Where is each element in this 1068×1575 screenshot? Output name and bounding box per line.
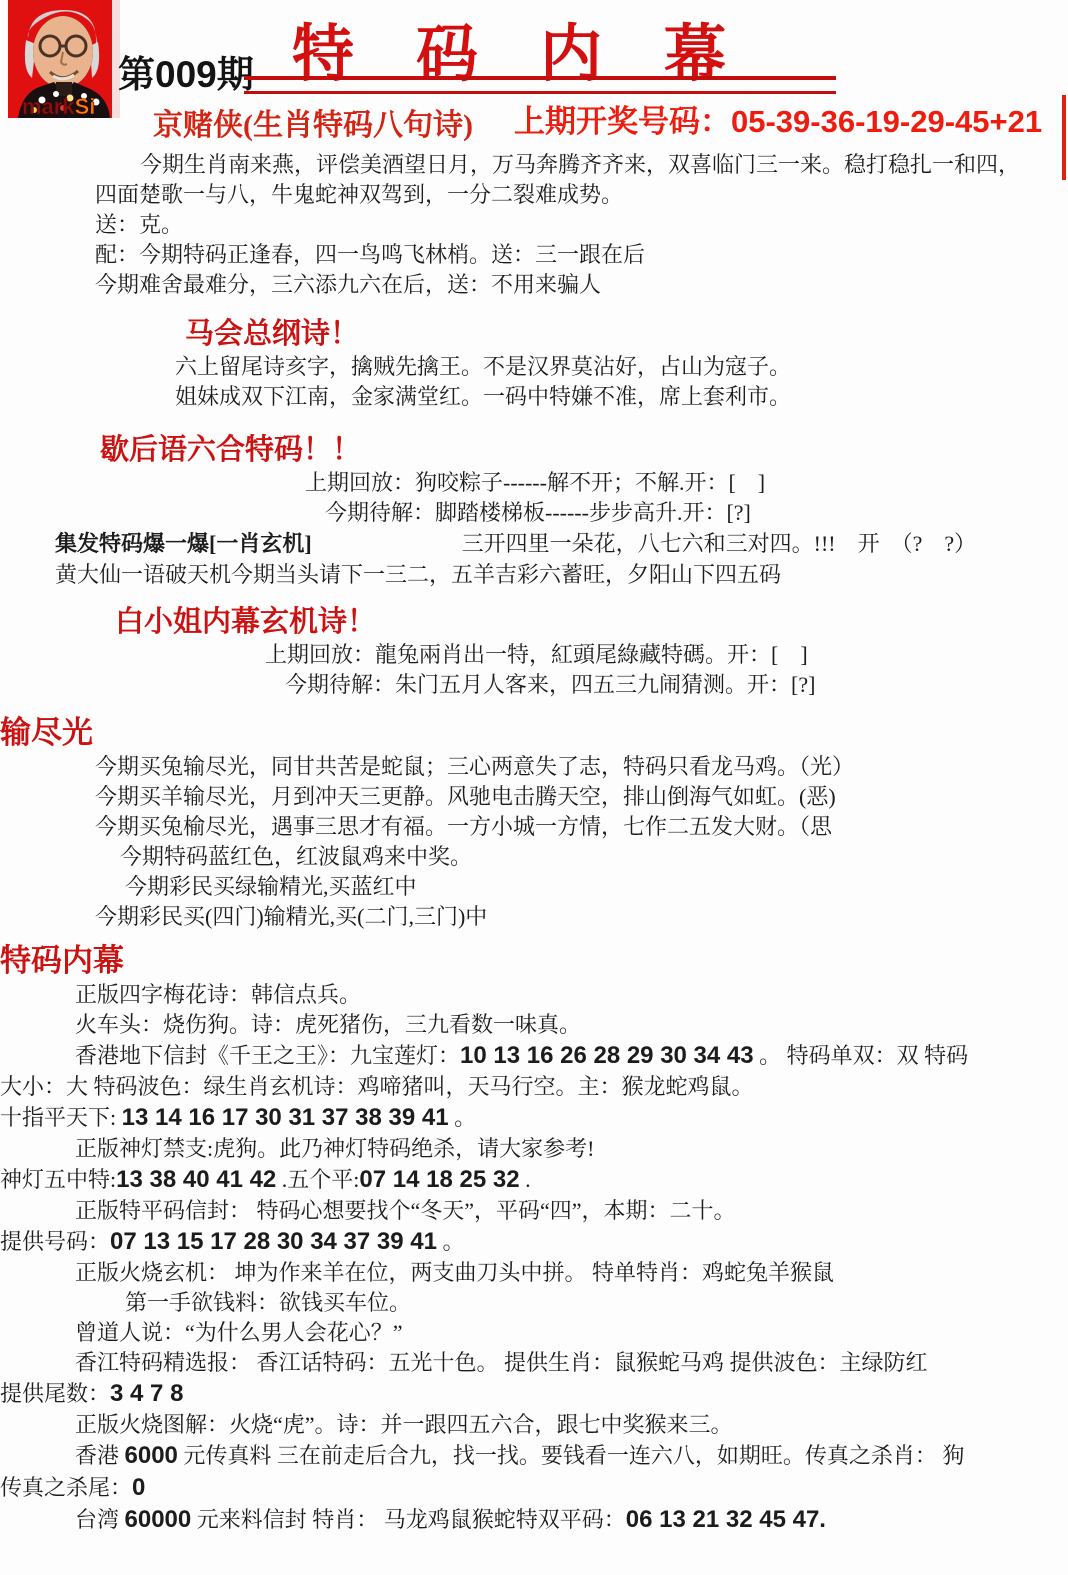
neimu-line-1: 正版四字梅花诗：韩信点兵。	[75, 980, 1068, 1010]
tails-numbers: 3 4 7 8	[110, 1380, 183, 1407]
neimu-line-3: 香港地下信封《千王之王》：九宝莲灯：10 13 16 26 28 29 30 3…	[75, 1040, 1068, 1072]
issue-number: 第009期	[118, 44, 254, 98]
neimu-line-9: 提供号码：07 13 15 17 28 30 34 37 39 41 。	[0, 1226, 1068, 1258]
provided-label: 提供号码：	[0, 1229, 110, 1254]
neimu-line-12: 曾道人说：“为什么男人会花心？”	[75, 1318, 1068, 1348]
jifa-text: 三开四里一朵花，八七六和三对四。!!! 开 （? ?）	[462, 531, 977, 556]
neimu-line-18: 台湾 60000 元来料信封 特肖： 马龙鸡鼠猴蛇特双平码：06 13 21 3…	[75, 1504, 1068, 1536]
hk-label: 香港	[75, 1443, 125, 1468]
poem-line-4: 配：今期特码正逢春，四一鸟鸣飞林梢。送：三一跟在后	[95, 240, 1068, 270]
tw-text: 元来料信封 特肖： 马龙鸡鼠猴蛇特双平码：	[191, 1507, 626, 1532]
tw-numbers: 06 13 21 32 45 47.	[626, 1506, 826, 1533]
lantern-numbers: 10 13 16 26 28 29 30 34 43	[460, 1042, 754, 1069]
baixiaojie-line-1: 上期回放：龍兔兩肖出一特，紅頭尾綠藏特碼。开：[ ]	[265, 640, 1068, 670]
neimu-line-3-tail: 。 特码单双：双 特码	[754, 1043, 969, 1068]
mahui-line-1: 六上留尾诗亥字，擒贼先擒王。不是汉界莫沾好，占山为寇子。	[175, 352, 1068, 382]
lamp-mid: .五个平:	[276, 1167, 359, 1192]
heading-shujinguang: 输尽光	[0, 714, 1068, 752]
neimu-line-8: 正版特平码信封： 特码心想要找个“冬天”，平码“四”，本期：二十。	[75, 1196, 1068, 1226]
marksix-portrait: markSi	[8, 0, 120, 118]
tw-label: 台湾	[75, 1507, 125, 1532]
neimu-line-11: 第一手欲钱料：欲钱买车位。	[125, 1288, 1068, 1318]
poem-line-5: 今期难舍最难分，三六添九六在后，送：不用来骗人	[95, 270, 1068, 300]
shujinguang-line-2: 今期买羊输尽光，月到冲天三更静。风驰电击腾天空，排山倒海气如虹。(恶)	[95, 782, 1068, 812]
neimu-line-10: 正版火烧玄机： 坤为作来羊在位，两支曲刀头中拼。 特单特肖：鸡蛇兔羊猴鼠	[75, 1258, 1068, 1288]
neimu-line-13: 香江特码精选报： 香江话特码：五光十色。 提供生肖：鼠猴蛇马鸡 提供波色：主绿防…	[75, 1348, 1068, 1378]
tenfinger-label: 十指平天下:	[0, 1105, 122, 1130]
shujinguang-line-1: 今期买兔输尽光，同甘共苦是蛇鼠；三心两意失了志，特码只看龙马鸡。（光）	[95, 752, 1068, 782]
xiehouyu-line-4: 黄大仙一语破天机今期当头请下一三二，五羊吉彩六蓄旺，夕阳山下四五码	[55, 560, 1068, 590]
poem-line-3: 送：克。	[95, 210, 1068, 240]
title-underline	[244, 76, 836, 94]
killtail-label: 传真之杀尾：	[0, 1475, 132, 1500]
tw-price: 60000	[125, 1506, 192, 1533]
poem-line-2: 四面楚歌一与八，牛鬼蛇神双驾到，一分二裂难成势。	[95, 180, 1068, 210]
neimu-line-7: 神灯五中特:13 38 40 41 42 .五个平:07 14 18 25 32…	[0, 1164, 1068, 1196]
heading-baixiaojie: 白小姐内幕玄机诗！	[115, 604, 1068, 640]
mahui-line-2: 姐妹成双下江南，金家满堂红。一码中特嫌不准，席上套利市。	[175, 382, 1068, 412]
hk-text: 元传真料 三在前走后合九，找一找。要钱看一连六八，如期旺。传真之杀肖： 狗	[178, 1443, 965, 1468]
portrait-image: markSi	[8, 0, 120, 118]
neimu-line-3-text: 香港地下信封《千王之王》：九宝莲灯：	[75, 1043, 460, 1068]
tenfinger-tail: 。	[449, 1105, 477, 1130]
neimu-line-4: 大小：大 特码波色：绿生肖玄机诗：鸡啼猪叫，天马行空。主：猴龙蛇鸡鼠。	[0, 1072, 1068, 1102]
shujinguang-line-4: 今期特码蓝红色，红波鼠鸡来中奖。	[120, 842, 1068, 872]
neimu-line-17: 传真之杀尾：0	[0, 1472, 1068, 1504]
lamp-tail: .	[520, 1167, 531, 1192]
neimu-line-14: 提供尾数：3 4 7 8	[0, 1378, 1068, 1410]
tails-label: 提供尾数：	[0, 1381, 110, 1406]
killtail-number: 0	[132, 1474, 145, 1501]
tenfinger-numbers: 13 14 16 17 30 31 37 38 39 41	[122, 1104, 449, 1131]
lamp-flat-numbers: 07 14 18 25 32	[359, 1166, 519, 1193]
baixiaojie-line-2: 今期待解：朱门五月人客来，四五三九闹猜测。开：[?]	[285, 670, 1068, 700]
neimu-line-15: 正版火烧图解：火烧“虎”。诗：并一跟四五六合，跟七中奖猴来三。	[75, 1410, 1068, 1440]
heading-mahui: 马会总纲诗！	[185, 316, 1068, 352]
heading-neimu: 特码内幕	[0, 942, 1068, 980]
provided-numbers: 07 13 15 17 28 30 34 37 39 41	[110, 1228, 437, 1255]
shujinguang-line-6: 今期彩民买(四门)输精光,买(二门,三门)中	[95, 902, 1068, 932]
xiehouyu-line-3: 集发特码爆一爆[一肖玄机]三开四里一朵花，八七六和三对四。!!! 开 （? ?）	[55, 528, 1068, 560]
neimu-line-6: 正版神灯禁支:虎狗。此乃神灯特码绝杀，请大家参考!	[75, 1134, 1068, 1164]
neimu-line-16: 香港 6000 元传真料 三在前走后合九，找一找。要钱看一连六八，如期旺。传真之…	[75, 1440, 1068, 1472]
subtitle-left: 京赌侠(生肖特码八句诗)	[153, 100, 473, 144]
body-content: 今期生肖南来燕，评偿美酒望日月，万马奔腾齐齐来，双喜临门三一来。稳打稳扎一和四，…	[0, 150, 1068, 1536]
header: markSi 第009期 特码内幕 京赌侠(生肖特码八句诗) 上期开奖号码：05…	[0, 0, 1068, 150]
shujinguang-line-3: 今期买兔榆尽光，遇事三思才有福。一方小城一方情，七作二五发大财。（思	[95, 812, 1068, 842]
provided-tail: 。	[437, 1229, 465, 1254]
neimu-line-2: 火车头：烧伤狗。诗：虎死猪伤，三九看数一味真。	[75, 1010, 1068, 1040]
neimu-line-5: 十指平天下: 13 14 16 17 30 31 37 38 39 41 。	[0, 1102, 1068, 1134]
tip-sheet-page: markSi 第009期 特码内幕 京赌侠(生肖特码八句诗) 上期开奖号码：05…	[0, 0, 1068, 1575]
xiehouyu-line-1: 上期回放：狗咬粽子------解不开；不解.开：[ ]	[305, 468, 1068, 498]
last-draw-numbers: 上期开奖号码：05-39-36-19-29-45+21	[514, 96, 1042, 141]
jifa-label: 集发特码爆一爆[一肖玄机]	[55, 531, 312, 556]
hk-price: 6000	[125, 1442, 178, 1469]
lamp-label: 神灯五中特:	[0, 1167, 116, 1192]
poem-line-1: 今期生肖南来燕，评偿美酒望日月，万马奔腾齐齐来，双喜临门三一来。稳打稳扎一和四，	[140, 150, 1068, 180]
xiehouyu-line-2: 今期待解：脚踏楼梯板------步步高升.开：[?]	[325, 498, 1068, 528]
heading-xiehouyu: 歇后语六合特码！！	[100, 432, 1068, 468]
shujinguang-line-5: 今期彩民买绿输精光,买蓝红中	[125, 872, 1068, 902]
lamp-numbers: 13 38 40 41 42	[116, 1166, 276, 1193]
marksix-logo-text: markSi	[22, 94, 95, 118]
